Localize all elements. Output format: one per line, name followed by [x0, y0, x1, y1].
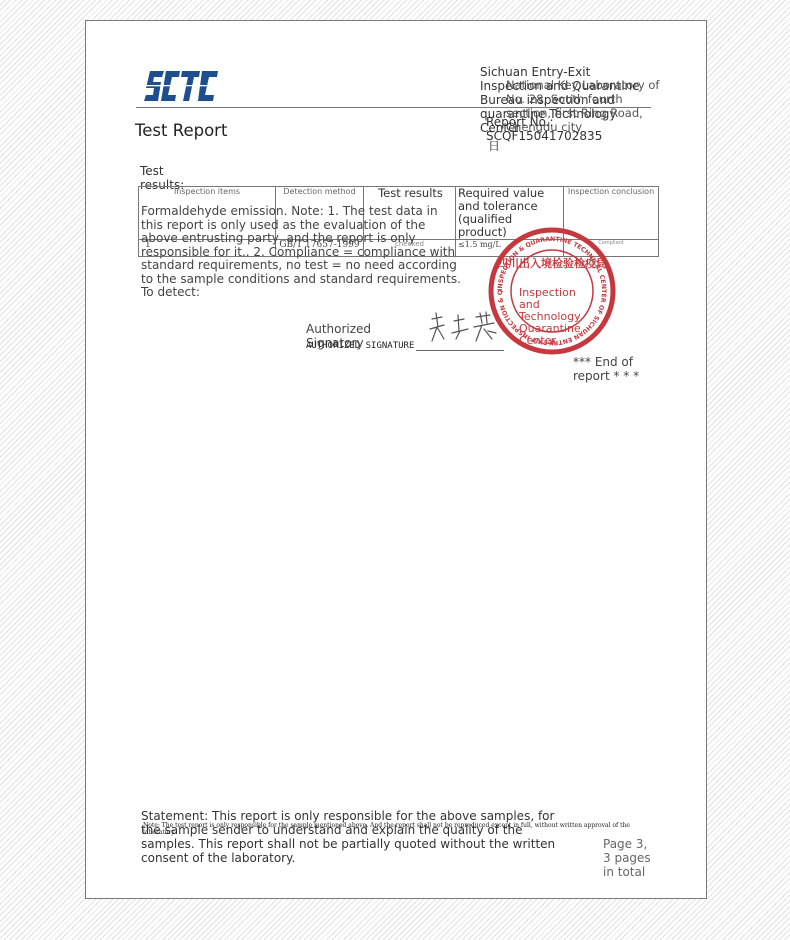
sctc-logo	[144, 69, 218, 103]
page-number: Page 3, 3 pages in total	[603, 837, 653, 879]
statement-text: Statement: This report is only responsib…	[141, 809, 561, 865]
handwritten-signature-icon	[424, 309, 504, 347]
end-of-report: *** End of report * * *	[573, 355, 643, 383]
report-number: SCQF15041702835	[486, 129, 602, 143]
report-number-label: Report No.:	[486, 115, 554, 129]
report-number-block: Report No.: SCQF15041702835 日	[486, 115, 586, 143]
row-item: Formaldehyde emission.	[141, 204, 287, 218]
page-title: Test Report	[135, 121, 227, 140]
report-page: Test Report Sichuan Entry-Exit Inspectio…	[85, 20, 707, 899]
report-notes: Formaldehyde emission. Note: 1. The test…	[141, 205, 461, 300]
report-number-glyph: 日	[488, 139, 500, 153]
notes-text: Note: 1. The test data in this report is…	[141, 204, 461, 299]
seal-overlay-text: Inspection and Technology Quarantine Cen…	[519, 287, 589, 347]
svg-text:四川出入境检验检疫局: 四川出入境检验检疫局	[497, 256, 607, 270]
fine-print-note: Note: The test report is only responsibl…	[143, 822, 653, 836]
authorized-signature-text: AUTHORIZED SIGNATURE	[306, 341, 414, 351]
signature-line	[416, 350, 504, 351]
